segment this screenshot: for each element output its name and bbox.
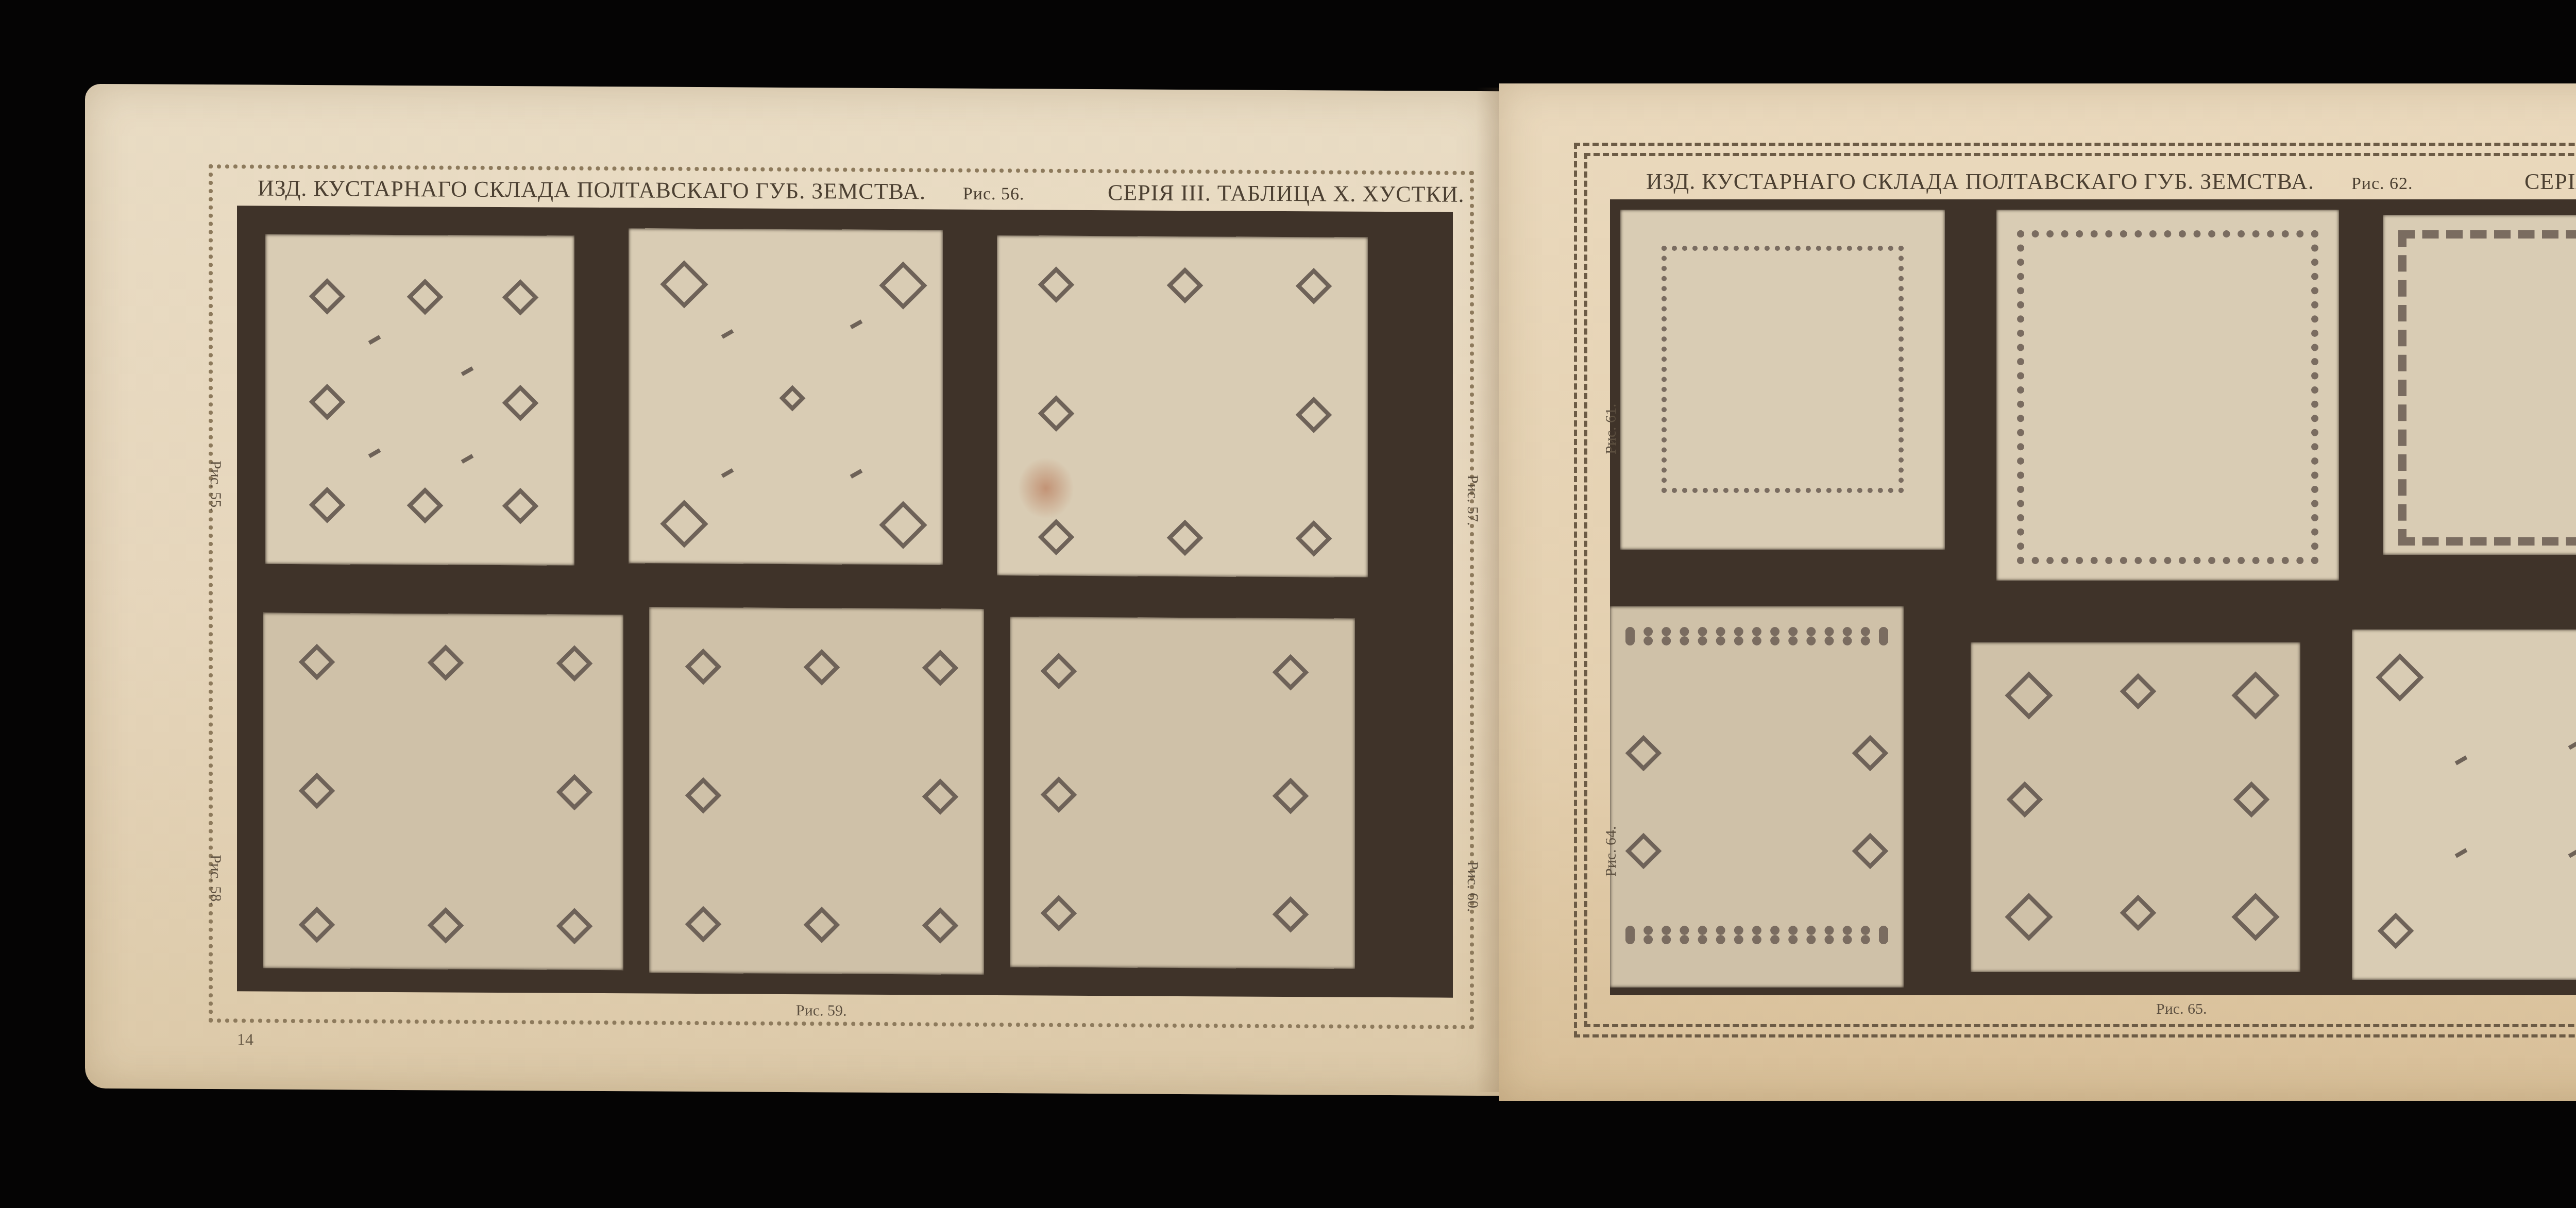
- photo-plate: [1610, 199, 2576, 995]
- handkerchief-fig66: [2352, 629, 2576, 980]
- figure-label-64: Рис. 64.: [1602, 826, 1620, 877]
- right-page: ИЗД. КУСТАРНАГО СКЛАДА ПОЛТАВСКАГО ГУБ. …: [1499, 83, 2576, 1101]
- publisher-header: ИЗД. КУСТАРНАГО СКЛАДА ПОЛТАВСКАГО ГУБ. …: [258, 175, 1025, 206]
- handkerchief-fig58: [263, 613, 623, 971]
- handkerchief-fig57: [997, 235, 1368, 577]
- handkerchief-fig63: [2383, 215, 2576, 555]
- left-page: ИЗД. КУСТАРНАГО СКЛАДА ПОЛТАВСКАГО ГУБ. …: [85, 84, 1499, 1096]
- series-header: СЕРІЯ III. ТАБЛИЦА X. ХУСТКИ.: [1108, 179, 1465, 208]
- figure-label-61: Рис. 61.: [1602, 403, 1620, 454]
- booklet-spread: ИЗД. КУСТАРНАГО СКЛАДА ПОЛТАВСКАГО ГУБ. …: [85, 88, 2576, 1092]
- handkerchief-fig65: [1971, 642, 2300, 972]
- handkerchief-fig64: [1610, 606, 1904, 988]
- handkerchief-fig59: [649, 607, 984, 975]
- handkerchief-fig56: [629, 228, 943, 565]
- figure-label-58: Рис. 58.: [207, 855, 224, 906]
- handkerchief-fig60: [1010, 617, 1355, 969]
- publisher-header: ИЗД. КУСТАРНАГО СКЛАДА ПОЛТАВСКАГО ГУБ. …: [1646, 168, 2413, 195]
- figure-label-55: Рис. 55.: [207, 461, 224, 512]
- series-header: СЕРІЯ III. ТАБЛИЦА XI. ХУСТКИ.: [2524, 168, 2576, 195]
- photo-plate: [237, 206, 1453, 997]
- figure-label-59: Рис. 59.: [796, 1002, 847, 1020]
- page-number: 14: [237, 1030, 253, 1049]
- handkerchief-fig61: [1620, 210, 1945, 550]
- figure-label-65: Рис. 65.: [2156, 1000, 2207, 1018]
- handkerchief-fig62: [1996, 210, 2339, 581]
- stain: [1018, 457, 1074, 519]
- handkerchief-fig55: [265, 234, 574, 566]
